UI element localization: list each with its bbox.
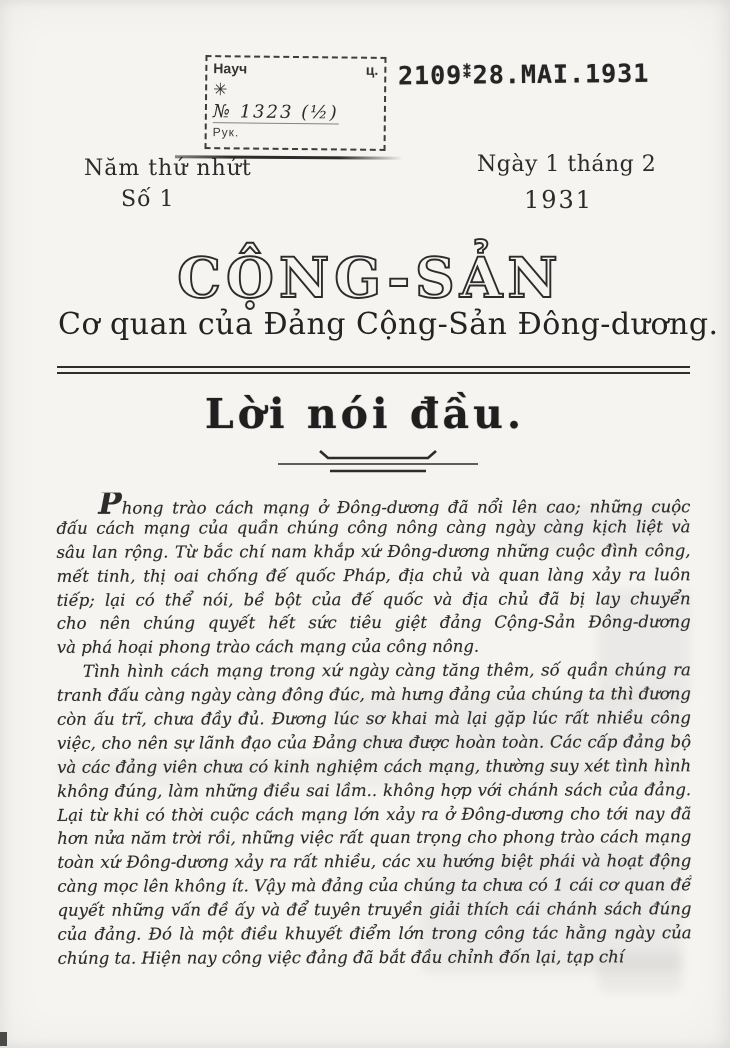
archive-stamp-label-right: ц.: [366, 62, 379, 78]
star-icon: ✳: [213, 80, 378, 102]
archive-stamp-label: Науч: [213, 60, 247, 76]
handwritten-line: tiếp; lại có thể nói, bề bột của đế quốc…: [57, 587, 691, 613]
stamp-separator-mark: ⁑: [463, 64, 472, 82]
body-paragraph-1: Phong trào cách mạng ở Đông-dương đã nổi…: [56, 491, 690, 660]
handwritten-line: cho nên chúng quyết hết sức tiêu giệt đả…: [57, 611, 691, 637]
handwritten-line: và các đảng viên chưa có kinh nghiệm các…: [57, 754, 691, 780]
scanned-newspaper-page: Науч ц. ✳ № 1323 (½) Рук. 2109⁑28.MAI.19…: [0, 0, 730, 1048]
stamp-date: 28.MAI.1931: [473, 59, 650, 90]
handwritten-line: không đúng, làm những điều sai lầm.. khô…: [57, 778, 691, 804]
scan-edge-mark: [0, 1032, 7, 1046]
handwritten-line: Tình hình cách mạng trong xứ ngày càng t…: [57, 658, 691, 684]
handwritten-line: càng mọc lên không ít. Vậy mà đảng của c…: [57, 873, 691, 899]
handwritten-line: mết tinh, thị oai chống đế quốc Pháp, đị…: [57, 563, 691, 589]
archive-inventory-number: № 1323 (½): [213, 101, 339, 124]
archive-stamp-box: Науч ц. ✳ № 1323 (½) Рук.: [205, 55, 387, 151]
issue-year-label: Năm thứ nhứt: [84, 156, 252, 181]
received-date-stamp: 2109⁑28.MAI.1931: [398, 59, 650, 91]
handwritten-line: toàn xứ Đông-dương xảy ra rất nhiều, các…: [57, 850, 691, 876]
masthead-subtitle: Cơ quan của Đảng Cộng-Sản Đông-dương.: [58, 307, 692, 342]
handwritten-line: còn ấu trĩ, chưa đầy đủ. Đương lúc sơ kh…: [57, 706, 691, 732]
issue-number-label: Số 1: [121, 187, 175, 212]
handwritten-line: chúng ta. Hiện nay công việc đảng đã bắt…: [58, 945, 692, 971]
masthead-rule: [57, 366, 690, 374]
handwritten-line: việc, cho nên sự lãnh đạo của Đảng chưa …: [57, 730, 691, 756]
handwritten-line: quyết những vấn đề ấy và để tuyên truyền…: [57, 897, 691, 923]
handwritten-line: của đảng. Đó là một điều khuyết điểm lớn…: [58, 921, 692, 947]
handwritten-line: Phong trào cách mạng ở Đông-dương đã nổi…: [56, 491, 690, 517]
handwritten-line: hơn nửa năm trời rồi, những việc rất qua…: [57, 826, 691, 852]
article-heading: Lời nói đầu.: [0, 390, 730, 438]
handwritten-line: tranh đấu càng ngày càng đông đúc, mà hư…: [57, 682, 691, 708]
stamp-number: 2109: [398, 61, 463, 91]
masthead-title: CỘNG-SẢN: [177, 240, 562, 310]
heading-divider: [276, 447, 480, 479]
handwritten-line: đấu cách mạng của quần chúng công nông c…: [56, 515, 690, 541]
handwritten-line: sâu lan rộng. Từ bắc chí nam khắp xứ Đôn…: [57, 539, 691, 565]
handwritten-line: Lại từ khi có thời cuộc cách mạng lớn xả…: [57, 802, 691, 828]
archive-stamp-footer: Рук.: [213, 125, 378, 141]
issue-date-line2: 1931: [524, 186, 593, 214]
handwritten-line: và phá hoại phong trào cách mạng của côn…: [57, 635, 691, 661]
issue-date-line1: Ngày 1 tháng 2: [477, 152, 656, 177]
body-paragraph-2: Tình hình cách mạng trong xứ ngày càng t…: [57, 658, 692, 970]
handwritten-body: Phong trào cách mạng ở Đông-dương đã nổi…: [56, 491, 691, 970]
